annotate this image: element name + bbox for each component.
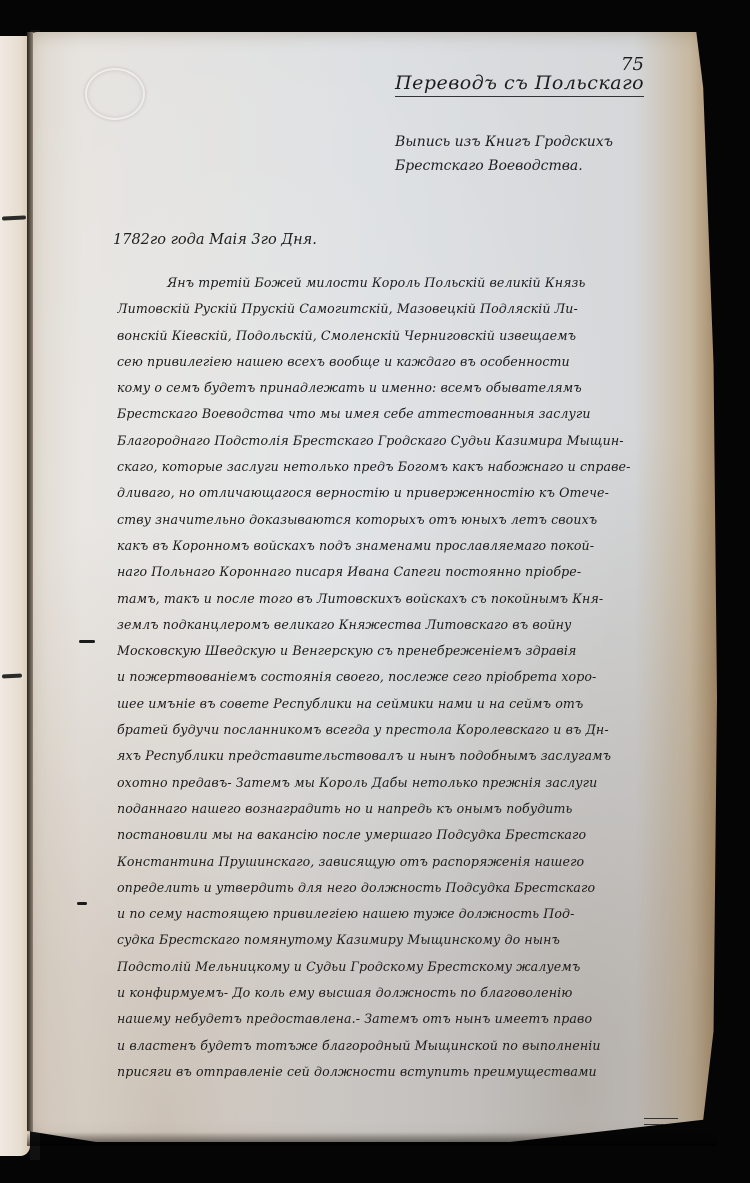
body-line: Брестскаго Воеводства что мы имея себе а… bbox=[117, 401, 717, 427]
body-line: Подстолій Мельницкому и Судьи Гродскому … bbox=[117, 954, 717, 980]
binding-hole-mark bbox=[79, 640, 95, 643]
body-line: тамъ, такъ и после того въ Литовскихъ во… bbox=[117, 586, 717, 612]
body-line: нашему небудетъ предоставлена.- Затемъ о… bbox=[117, 1006, 717, 1032]
body-line: шее имъніе въ совете Республики на сейми… bbox=[117, 691, 717, 717]
body-line: кому о семъ будетъ принадлежать и именно… bbox=[117, 375, 717, 401]
binding-thread-mark bbox=[2, 215, 26, 220]
body-line: и властенъ будетъ тотъже благородный Мыщ… bbox=[117, 1033, 717, 1059]
body-line: постановили мы на вакансію после умершаг… bbox=[117, 822, 717, 848]
body-line: и пожертвованіемъ состоянія своего, посл… bbox=[117, 664, 717, 690]
body-line: Московскую Шведскую и Венгерскую съ прен… bbox=[117, 638, 717, 664]
source-line: Брестскаго Воеводства. bbox=[395, 154, 695, 178]
body-line: скаго, которые заслуги нетолько предъ Бо… bbox=[117, 454, 717, 480]
body-line: какъ въ Коронномъ войскахъ подъ знаменам… bbox=[117, 533, 717, 559]
document-heading: Переводъ съ Польскаго bbox=[395, 72, 644, 97]
manuscript-page: 75 Переводъ съ Польскаго Выпись изъ Книг… bbox=[27, 32, 717, 1142]
body-line: наго Польнаго Короннаго писаря Ивана Сап… bbox=[117, 559, 717, 585]
body-line: Янъ третій Божей милости Король Польскій… bbox=[117, 270, 717, 296]
binding-thread-mark bbox=[2, 673, 22, 678]
binding-hole-mark bbox=[77, 902, 87, 905]
body-line: присяги въ отправленіе сей должности вст… bbox=[117, 1059, 717, 1085]
body-line: яхъ Республики представительствовалъ и н… bbox=[117, 743, 717, 769]
body-line: и по сему настоящею привилегіею нашею ту… bbox=[117, 901, 717, 927]
body-line: определить и утвердить для него должност… bbox=[117, 875, 717, 901]
body-line: ству значительно доказываются которыхъ о… bbox=[117, 507, 717, 533]
embossed-seal-stamp bbox=[85, 68, 145, 120]
body-line: вонскій Кіевскій, Подольскій, Смоленскій… bbox=[117, 323, 717, 349]
body-line: сею привилегіею нашею всехъ вообще и каж… bbox=[117, 349, 717, 375]
body-line: Константина Прушинскаго, зависящую отъ р… bbox=[117, 849, 717, 875]
previous-page-edge bbox=[0, 36, 30, 1156]
source-reference: Выпись изъ Книгъ Гродскихъ Брестскаго Во… bbox=[395, 130, 695, 178]
document-body: Янъ третій Божей милости Король Польскій… bbox=[117, 270, 717, 1085]
body-line: и конфирмуемъ- До коль ему высшая должно… bbox=[117, 980, 717, 1006]
body-line: Литовскій Рускій Прускій Самогитскій, Ма… bbox=[117, 296, 717, 322]
source-line: Выпись изъ Книгъ Гродскихъ bbox=[395, 130, 695, 154]
body-line: дливаго, но отличающагося верностію и пр… bbox=[117, 480, 717, 506]
body-line: братей будучи посланникомъ всегда у прес… bbox=[117, 717, 717, 743]
continuation-mark bbox=[644, 1118, 678, 1125]
body-line: судка Брестскаго помянутому Казимиру Мыщ… bbox=[117, 927, 717, 953]
body-line: землъ подканцлеромъ великаго Княжества Л… bbox=[117, 612, 717, 638]
document-date: 1782го года Маія 3го Дня. bbox=[113, 232, 317, 248]
body-line: Благороднаго Подстолія Брестскаго Гродск… bbox=[117, 428, 717, 454]
body-line: поданнаго нашего вознаградить но и напре… bbox=[117, 796, 717, 822]
body-line: охотно предавъ- Затемъ мы Король Дабы не… bbox=[117, 770, 717, 796]
